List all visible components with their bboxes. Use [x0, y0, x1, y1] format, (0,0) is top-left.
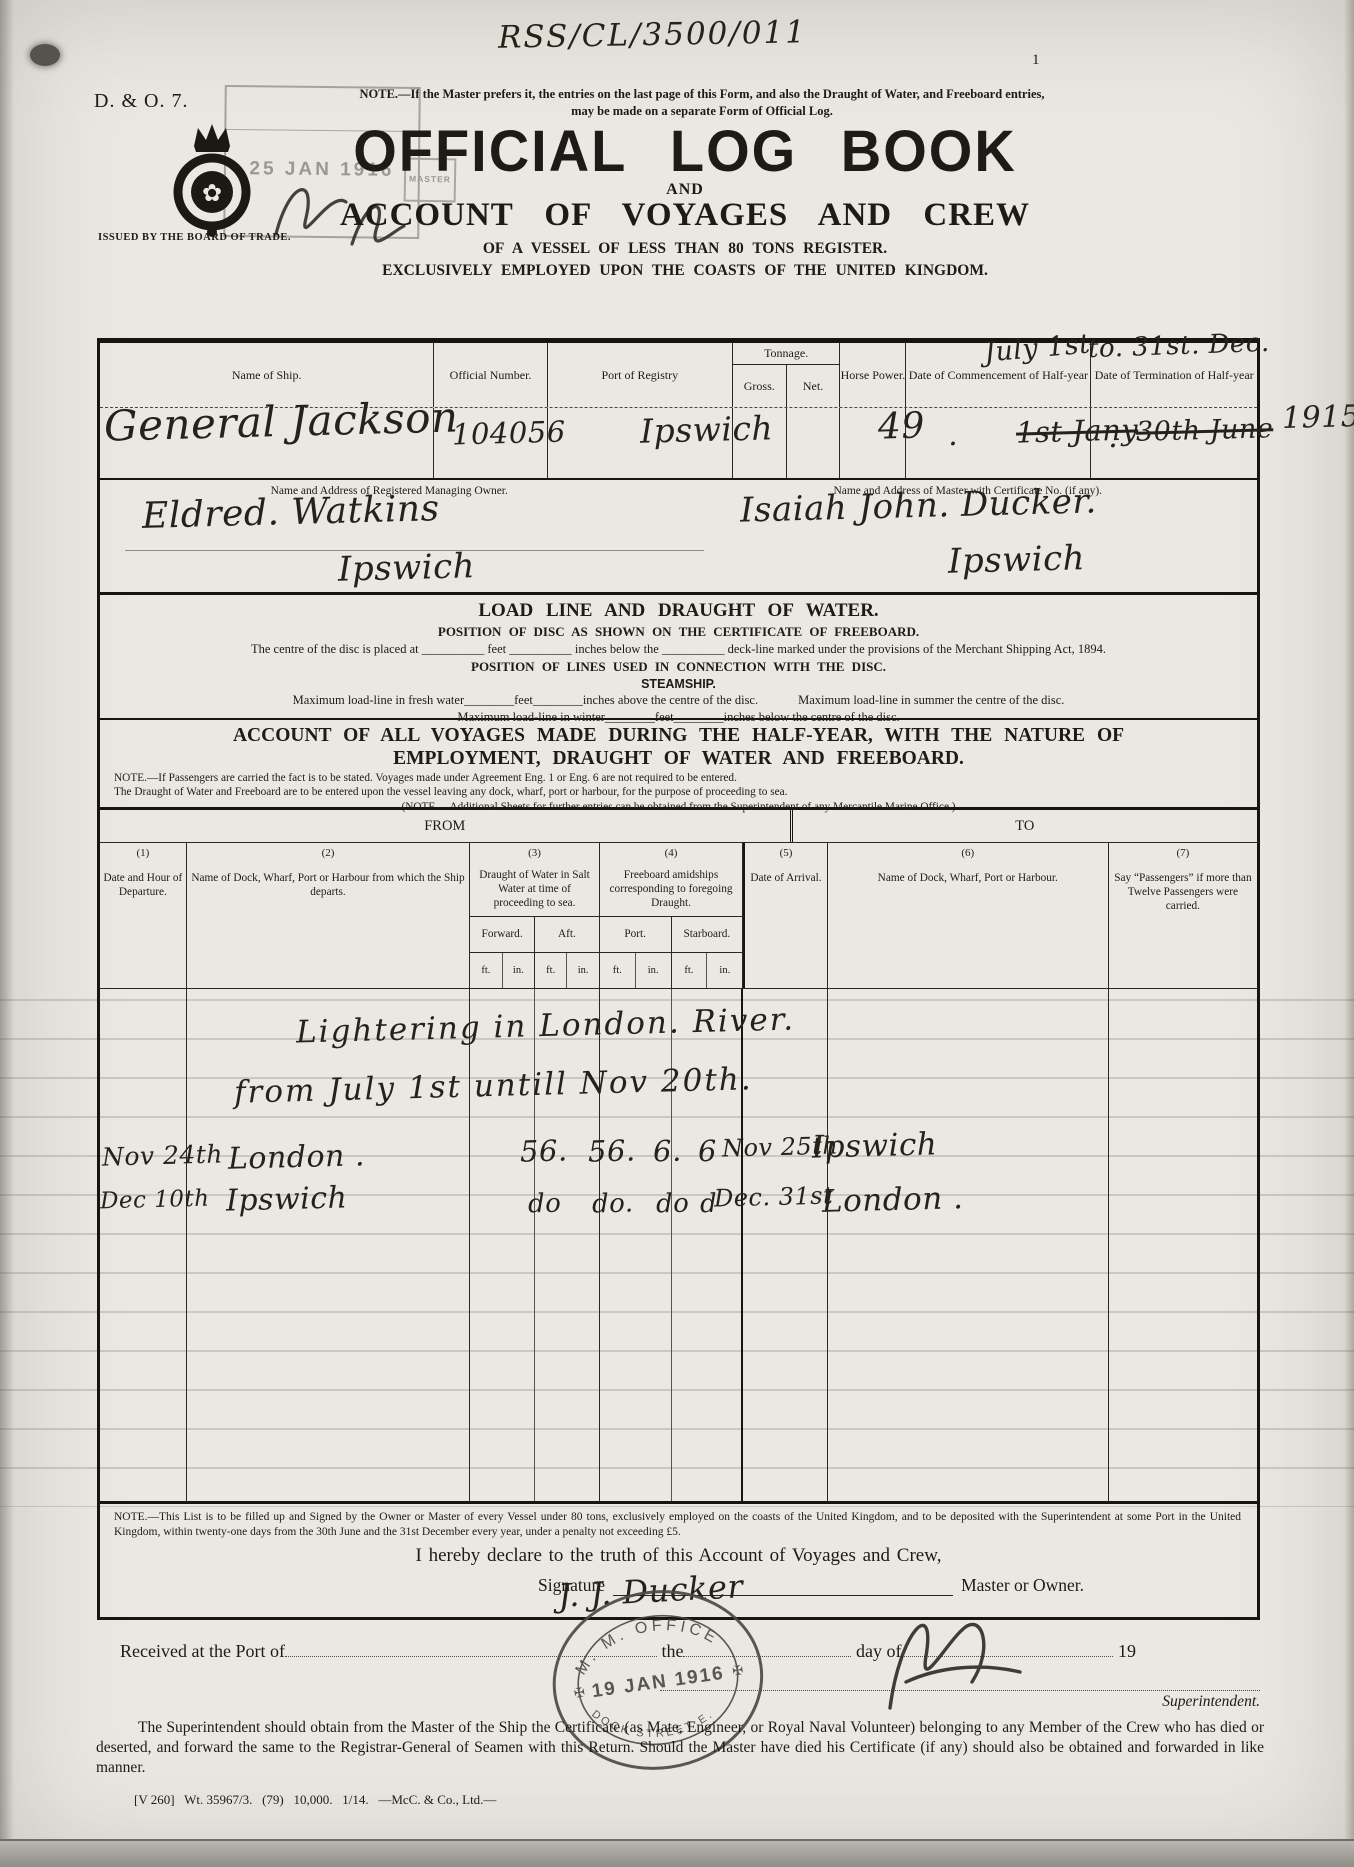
- main-form: Name of Ship. Official Number. Port of R…: [97, 338, 1260, 1620]
- header-horse-power: Horse Power.: [840, 343, 906, 407]
- hw-termination-struck: 30th June: [1136, 415, 1274, 446]
- voyages-title-2: EMPLOYMENT, DRAUGHT OF WATER AND FREEBOA…: [100, 747, 1257, 770]
- hw-row1-stbd: 6: [698, 1137, 718, 1166]
- col-3-draught: (3) Draught of Water in Salt Water at ti…: [470, 843, 600, 988]
- load-line-title: LOAD LINE AND DRAUGHT OF WATER.: [100, 600, 1257, 622]
- voyages-note-2: The Draught of Water and Freeboard are t…: [114, 785, 1257, 800]
- hw-ship-name: General Jackson: [104, 396, 459, 447]
- tonnage-label: Tonnage.: [733, 343, 840, 365]
- col-5-arrival: (5) Date of Arrival.: [743, 843, 827, 988]
- hw-row2-arr-date: Dec. 31st: [714, 1183, 834, 1210]
- position-of-disc: POSITION OF DISC AS SHOWN ON THE CERTIFI…: [100, 624, 1257, 640]
- hw-owner-name: Eldred. Watkins: [142, 491, 440, 535]
- page-edge-right: [1344, 0, 1354, 1867]
- to-label: TO: [790, 810, 1257, 842]
- voyages-note-1: NOTE.—If Passengers are carried the fact…: [114, 771, 1257, 786]
- hw-row2-port: do: [656, 1191, 690, 1218]
- voyages-title-1: ACCOUNT OF ALL VOYAGES MADE DURING THE H…: [100, 724, 1257, 747]
- page-title: OFFICIAL LOG BOOK: [330, 116, 1040, 184]
- scanned-log-book-page: RSS/CL/3500/011 1 D. & O. 7. NOTE.—If th…: [0, 0, 1354, 1867]
- page-edge-left: [0, 0, 14, 1867]
- hw-master-address: Ipswich: [948, 541, 1086, 579]
- forward-label: Forward.: [470, 917, 535, 952]
- hw-net-dot: .: [948, 421, 959, 451]
- page-number: 1: [1032, 52, 1040, 69]
- from-label: FROM: [100, 810, 790, 842]
- hw-row2-dep-port: Ipswich: [226, 1183, 348, 1216]
- col-7-passengers: (7) Say “Passengers” if more than Twelve…: [1109, 843, 1257, 988]
- form-code: D. & O. 7.: [94, 90, 188, 113]
- issued-by-label: ISSUED BY THE BOARD OF TRADE.: [98, 232, 291, 243]
- hw-gross-tonnage: 49: [878, 408, 926, 445]
- page-subtitle: ACCOUNT OF VOYAGES AND CREW: [330, 197, 1040, 234]
- superintendent-signature-scribble: [862, 1586, 1052, 1726]
- hw-row2-dep-date: Dec 10th: [100, 1188, 210, 1214]
- archive-reference-handwriting: RSS/CL/3500/011: [498, 17, 807, 53]
- starboard-label: Starboard.: [672, 917, 743, 952]
- bottom-note: NOTE.—This List is to be filled up and S…: [100, 1504, 1257, 1540]
- tonnage-gross-label: Gross.: [733, 365, 787, 407]
- page-edge-bottom: [0, 1839, 1354, 1867]
- voyages-heading-section: ACCOUNT OF ALL VOYAGES MADE DURING THE H…: [100, 720, 1257, 810]
- voyage-column-headers: (1) Date and Hour of Departure. (2) Name…: [100, 843, 1257, 989]
- hw-port-of-registry: Ipswich: [640, 411, 774, 447]
- from-to-header: FROM TO: [100, 810, 1257, 843]
- subtitle-coasts: EXCLUSIVELY EMPLOYED UPON THE COASTS OF …: [330, 262, 1040, 280]
- aft-label: Aft.: [535, 917, 599, 952]
- summer-line: Maximum load-line in summer the centre o…: [798, 693, 1064, 708]
- printer-code: [V 260] Wt. 35967/3. (79) 10,000. 1/14. …: [134, 1792, 496, 1808]
- hw-commencement-struck: 1st Jany: [1016, 415, 1139, 447]
- fresh-water-line: Maximum load-line in fresh water________…: [293, 693, 759, 708]
- hw-official-number: 104056: [452, 418, 566, 450]
- hw-row2-arr-port: London .: [822, 1183, 964, 1218]
- hw-master-name: Isaiah John. Ducker.: [740, 484, 1098, 527]
- hw-dot: .: [1108, 423, 1119, 453]
- hw-row1-aft: 56.: [588, 1136, 636, 1166]
- crown-icon: [194, 124, 230, 152]
- hw-row1-dep-port: London .: [228, 1141, 366, 1175]
- subtitle-vessel: OF A VESSEL OF LESS THAN 80 TONS REGISTE…: [330, 240, 1040, 258]
- rosette-icon: ✿: [202, 181, 222, 207]
- stamp-date-text: 19 JAN 1916: [590, 1663, 726, 1702]
- top-note: NOTE.—If the Master prefers it, the entr…: [352, 86, 1052, 120]
- col-1-departure: (1) Date and Hour of Departure.: [100, 843, 187, 988]
- hw-row1-arr-port: Ipswich: [812, 1129, 938, 1163]
- disc-centre-line: The centre of the disc is placed at ____…: [100, 642, 1257, 657]
- header-port-of-registry: Port of Registry: [548, 343, 733, 407]
- hw-termination-date: to. 31st. Dec.: [1088, 330, 1270, 362]
- svg-text:✠: ✠: [731, 1662, 744, 1678]
- superintendent-instructions: The Superintendent should obtain from th…: [96, 1718, 1264, 1777]
- header-tonnage: Tonnage. Gross. Net.: [733, 343, 841, 407]
- tonnage-net-label: Net.: [787, 365, 840, 407]
- hw-row2-fwd: do: [528, 1191, 562, 1218]
- hw-row2-aft: do.: [592, 1190, 634, 1217]
- hw-owner-address: Ipswich: [338, 549, 476, 587]
- svg-text:✠: ✠: [573, 1684, 586, 1700]
- col-4-freeboard: (4) Freeboard amidships corresponding to…: [600, 843, 743, 988]
- board-of-trade-crest: ✿: [158, 120, 266, 242]
- port-label: Port.: [600, 917, 672, 952]
- declaration-text: I hereby declare to the truth of this Ac…: [100, 1545, 1257, 1567]
- position-of-lines: POSITION OF LINES USED IN CONNECTION WIT…: [100, 659, 1257, 675]
- hw-row1-dep-date: Nov 24th: [102, 1141, 224, 1169]
- col-6-dock-to: (6) Name of Dock, Wharf, Port or Harbour…: [828, 843, 1109, 988]
- col-2-dock-from: (2) Name of Dock, Wharf, Port or Harbour…: [187, 843, 470, 988]
- hw-row1-fwd: 56.: [520, 1136, 568, 1166]
- hw-row1-port: 6.: [653, 1137, 682, 1167]
- load-line-section: LOAD LINE AND DRAUGHT OF WATER. POSITION…: [100, 595, 1257, 720]
- steamship-label: STEAMSHIP.: [100, 677, 1257, 691]
- punch-hole: [30, 44, 60, 66]
